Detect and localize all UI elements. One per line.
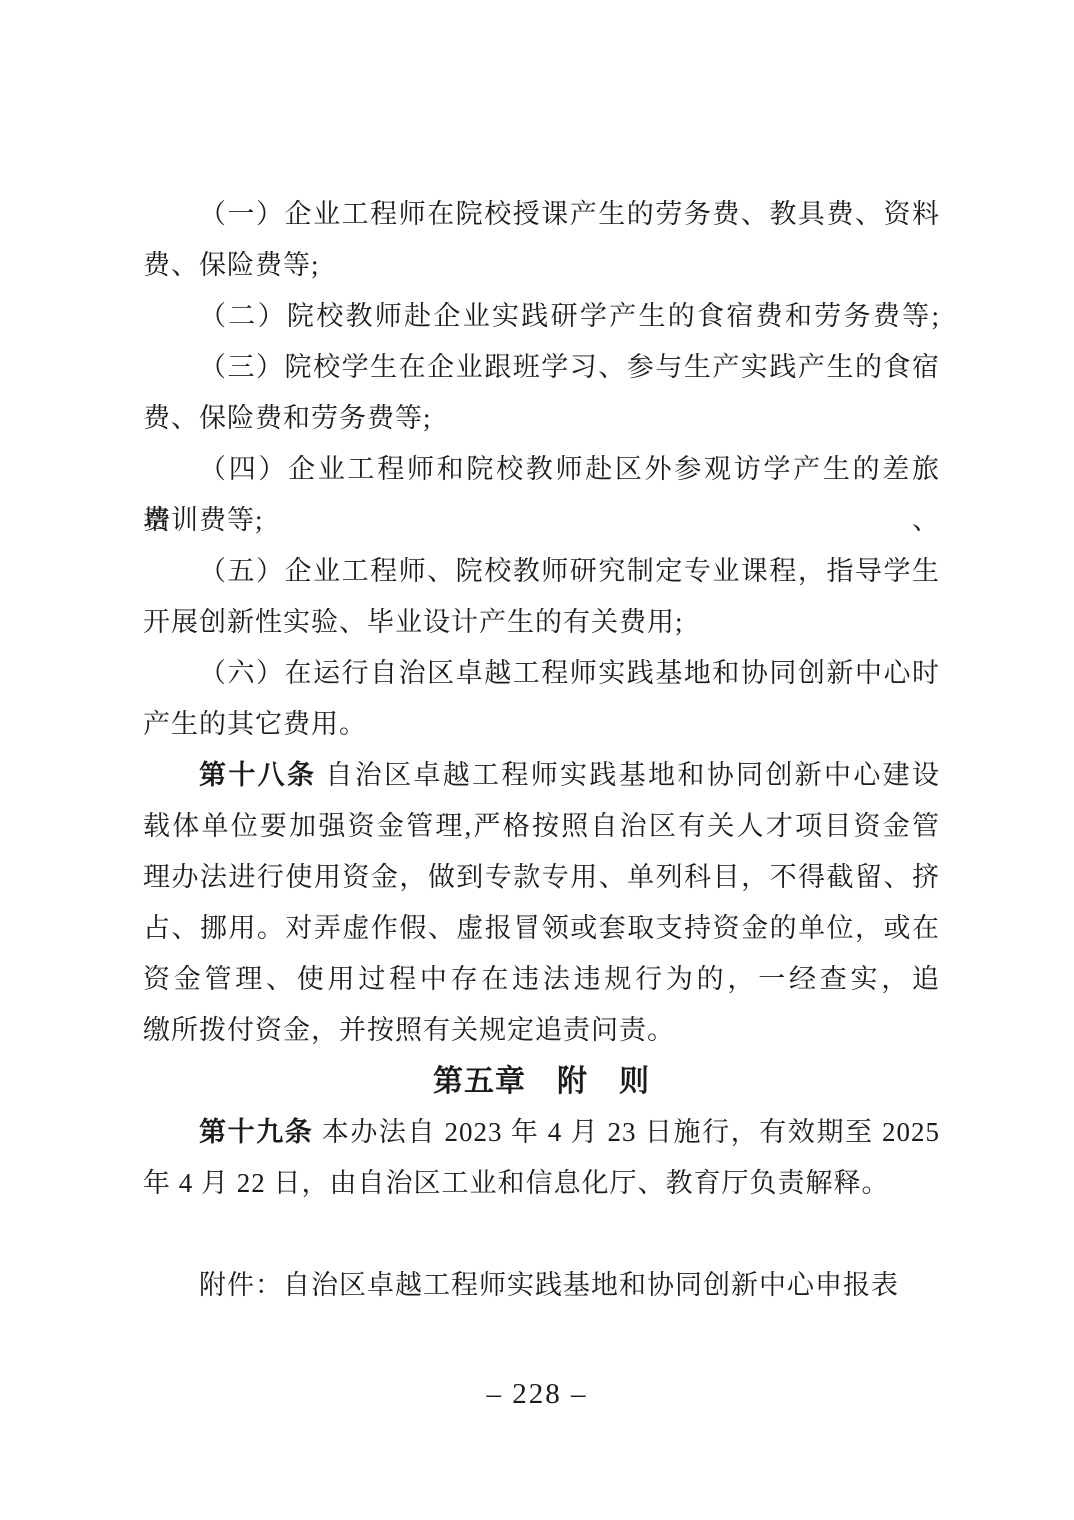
article-19-text: 本办法自 2023 年 4 月 23 日施行，有效期至 2025 [313,1117,940,1147]
article-18-line-6: 缴所拨付资金，并按照有关规定追责问责。 [143,1005,940,1056]
article-18-line-2: 载体单位要加强资金管理,严格按照自治区有关人才项目资金管 [143,801,940,852]
document-page: （一）企业工程师在院校授课产生的劳务费、教具费、资料 费、保险费等; （二）院校… [0,0,1074,1520]
page-number: – 228 – [0,1369,1074,1420]
article-18-line-5: 资金管理、使用过程中存在违法违规行为的，一经查实，追 [143,954,940,1005]
article-18-text: 自治区卓越工程师实践基地和协同创新中心建设 [316,760,940,790]
list-item-2-line-1: （二）院校教师赴企业实践研学产生的食宿费和劳务费等; [143,291,940,342]
list-item-6-line-1: （六）在运行自治区卓越工程师实践基地和协同创新中心时 [143,648,940,699]
list-item-1-line-2: 费、保险费等; [143,240,940,291]
chapter-5-heading: 第五章 附 则 [143,1056,940,1107]
article-18-line-4: 占、挪用。对弄虚作假、虚报冒领或套取支持资金的单位，或在 [143,903,940,954]
article-19-line-1: 第十九条 本办法自 2023 年 4 月 23 日施行，有效期至 2025 [143,1107,940,1158]
article-18-line-3: 理办法进行使用资金，做到专款专用、单列科目，不得截留、挤 [143,852,940,903]
list-item-3-line-2: 费、保险费和劳务费等; [143,393,940,444]
list-item-5-line-2: 开展创新性实验、毕业设计产生的有关费用; [143,597,940,648]
list-item-3-line-1: （三）院校学生在企业跟班学习、参与生产实践产生的食宿 [143,342,940,393]
document-body: （一）企业工程师在院校授课产生的劳务费、教具费、资料 费、保险费等; （二）院校… [143,189,940,1311]
article-19-number: 第十九条 [199,1117,313,1147]
list-item-1-line-1: （一）企业工程师在院校授课产生的劳务费、教具费、资料 [143,189,940,240]
list-item-4-line-1: （四）企业工程师和院校教师赴区外参观访学产生的差旅费、 [143,444,940,495]
article-19-line-2: 年 4 月 22 日，由自治区工业和信息化厅、教育厅负责解释。 [143,1158,940,1209]
article-18-number: 第十八条 [199,760,316,790]
list-item-5-line-1: （五）企业工程师、院校教师研究制定专业课程，指导学生 [143,546,940,597]
list-item-6-line-2: 产生的其它费用。 [143,699,940,750]
blank-line [143,1209,940,1260]
attachment-line: 附件：自治区卓越工程师实践基地和协同创新中心申报表 [143,1260,940,1311]
article-18-line-1: 第十八条 自治区卓越工程师实践基地和协同创新中心建设 [143,750,940,801]
